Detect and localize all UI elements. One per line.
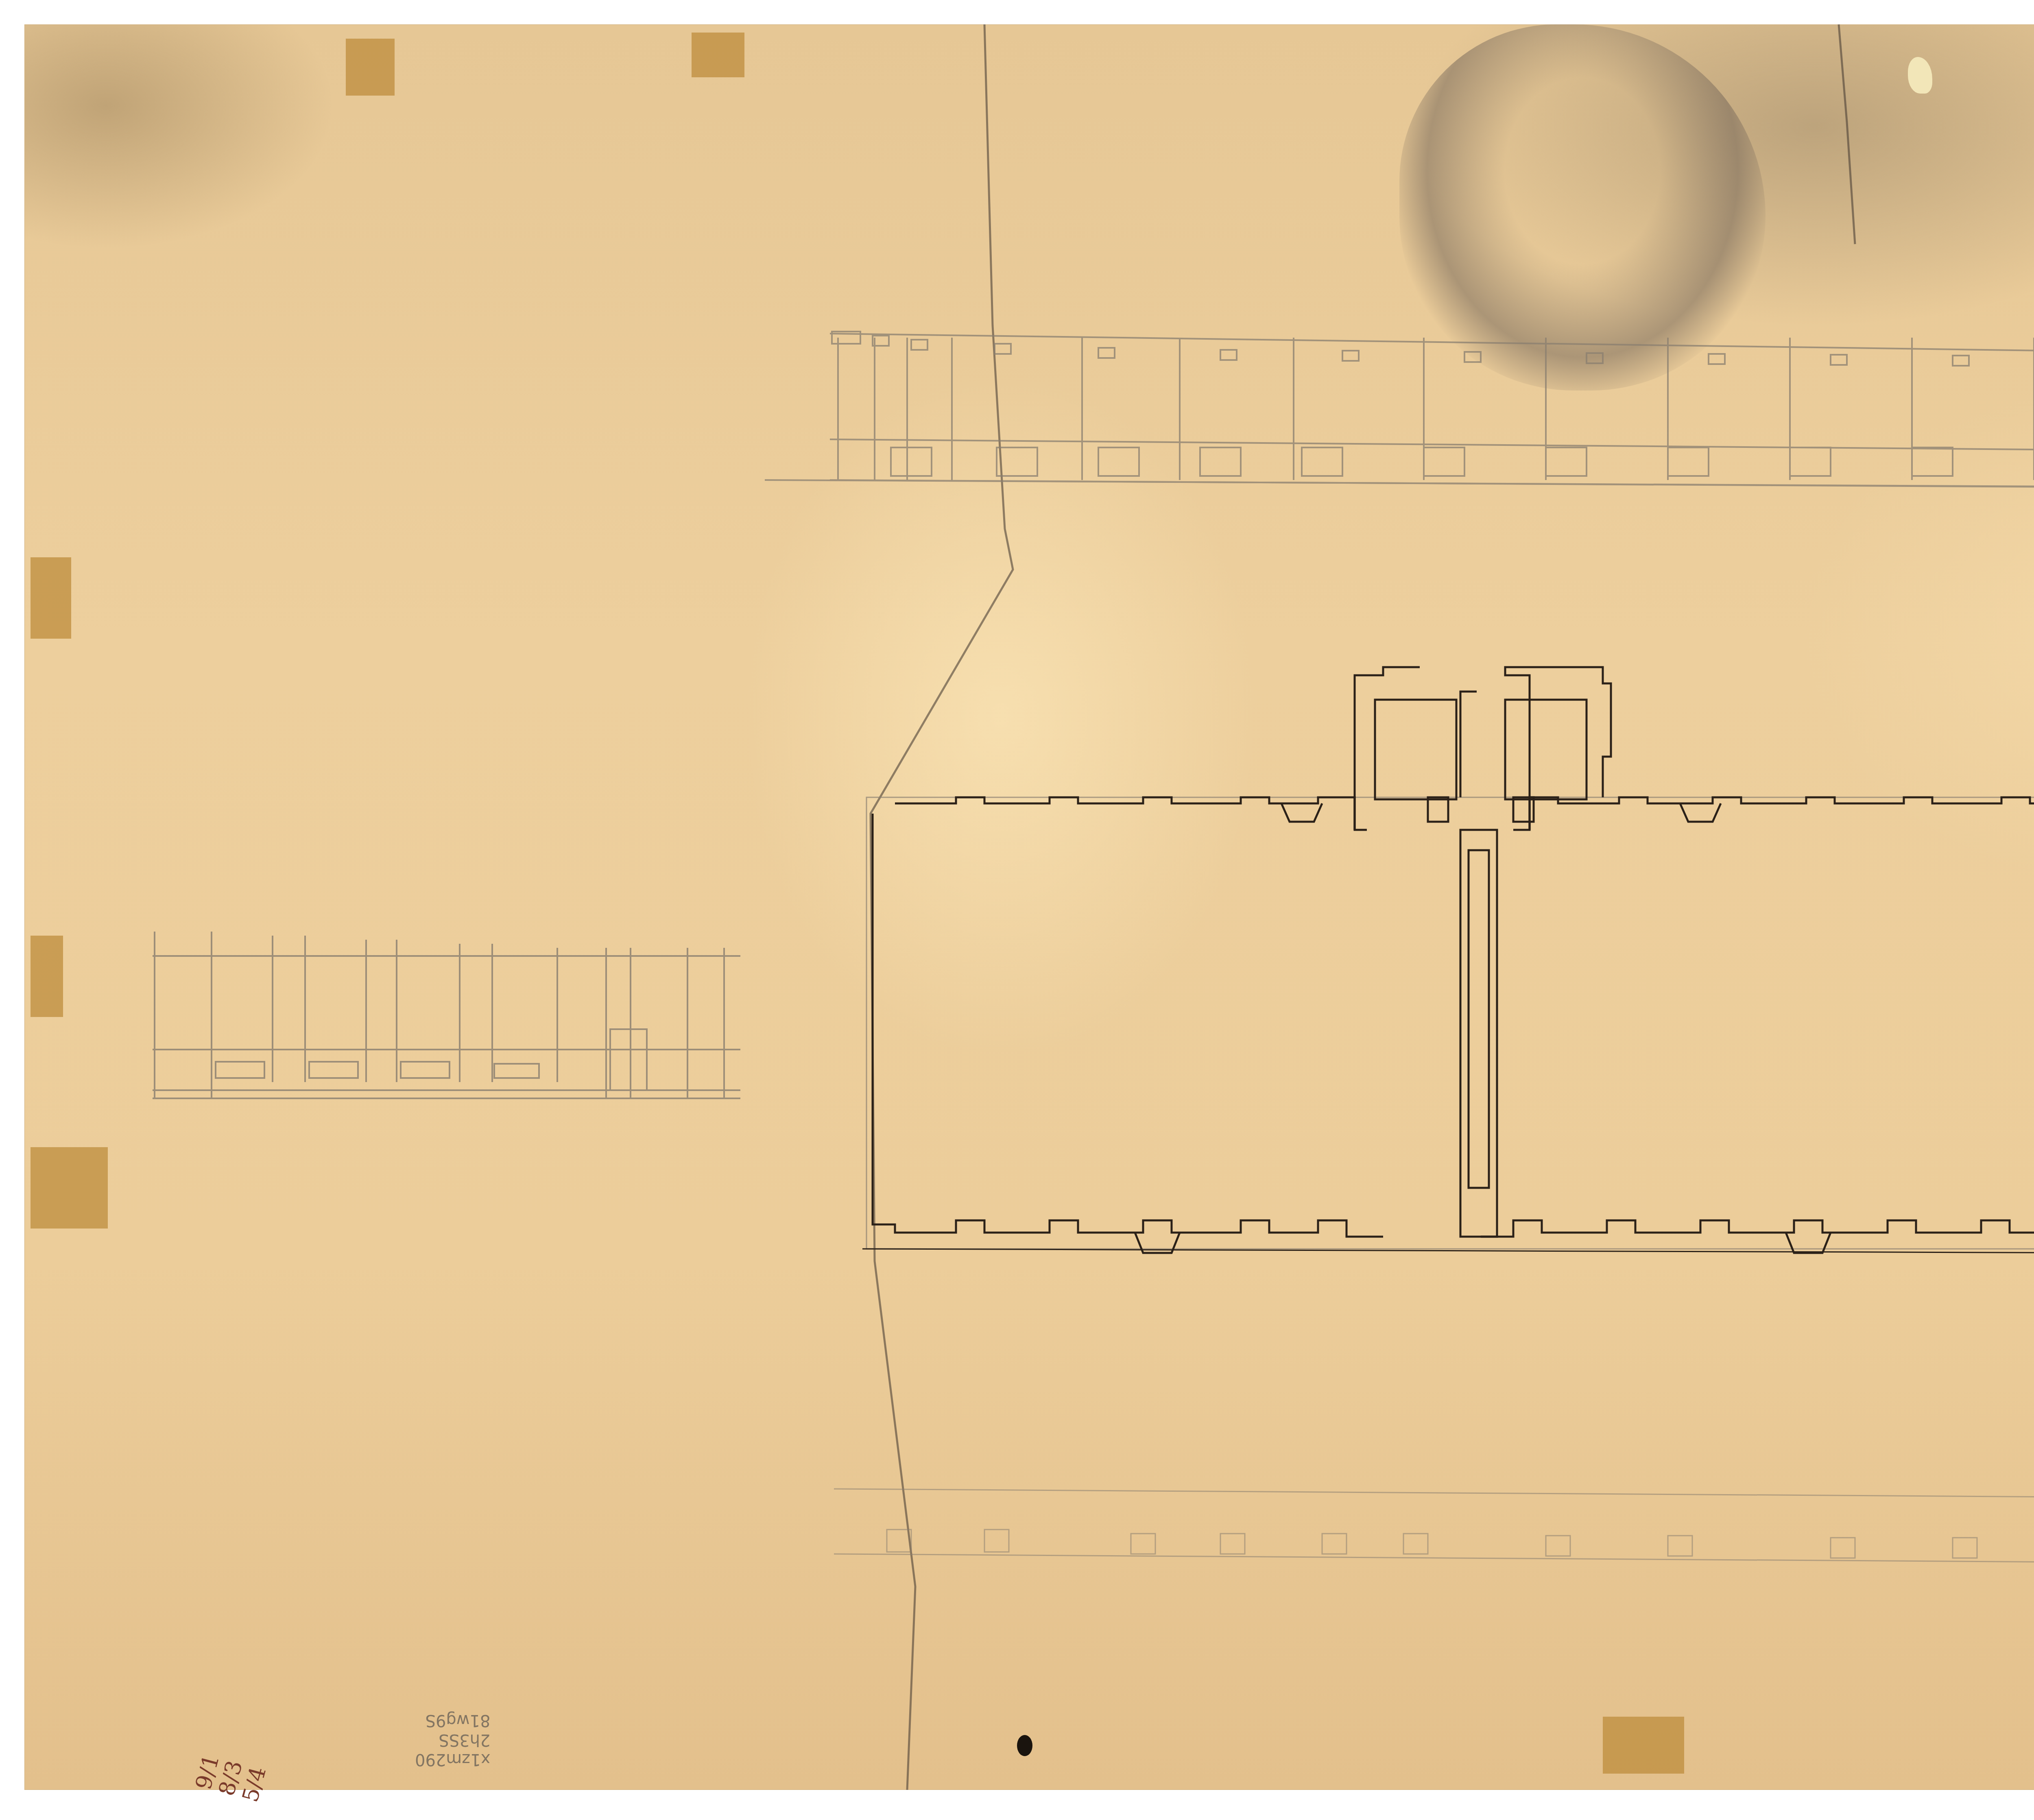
left-elevation xyxy=(153,932,740,1098)
ink-blot xyxy=(1017,1735,1032,1756)
bottom-elevation xyxy=(834,1489,2034,1562)
floor-plan xyxy=(862,667,2034,1253)
top-elevation xyxy=(765,332,2034,488)
paper-cracks xyxy=(871,24,2034,1790)
pencil-notes: x1zm290 2h3SS 81wg9S xyxy=(415,1711,490,1769)
architectural-drawing xyxy=(0,0,2034,1820)
